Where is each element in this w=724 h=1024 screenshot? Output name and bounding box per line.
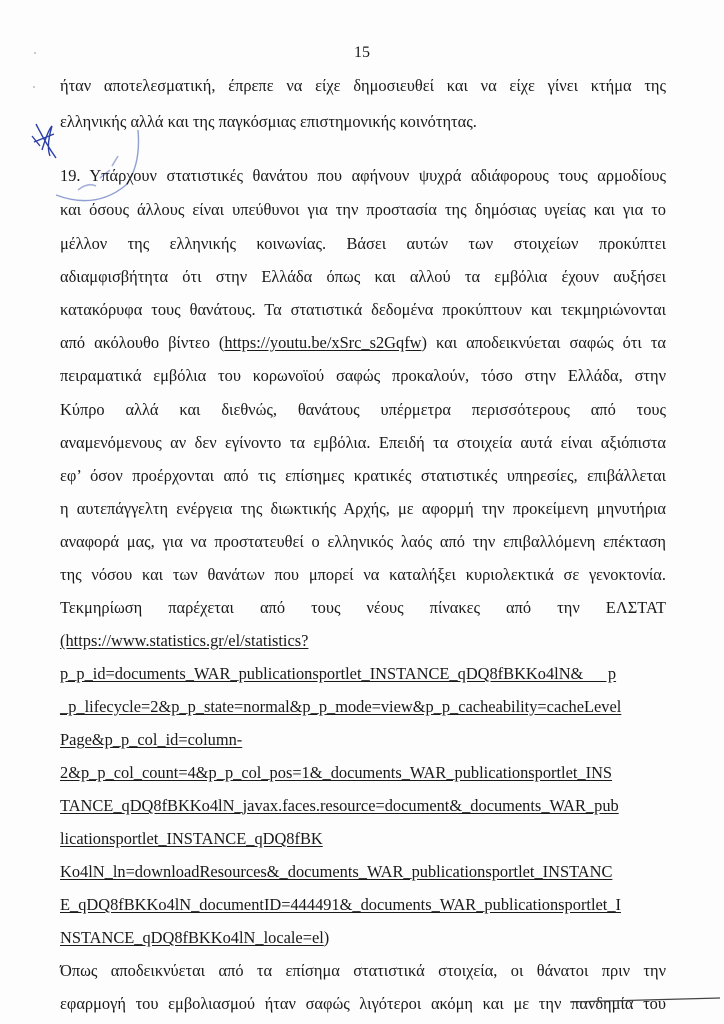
body-line: αναφορά μας, για να προστατευθεί ο ελλην… [60, 532, 666, 552]
body-line: Τεκμηρίωση παρέχεται από τους νέους πίνα… [60, 598, 666, 618]
video-line-suffix: ) και αποδεικνύεται σαφώς ότι τα [422, 333, 666, 352]
body-line: κατακόρυφα τους θανάτους. Τα στατιστικά … [60, 300, 666, 320]
elstat-link-line[interactable]: _p_lifecycle=2&p_p_state=normal&p_p_mode… [60, 697, 666, 717]
body-line-with-video-link: από ακόλουθο βίντεο (https://youtu.be/xS… [60, 333, 666, 353]
page-number: 15 [0, 44, 724, 62]
body-line: εφ’ όσον προέρχονται από τις επίσημες κρ… [60, 466, 666, 486]
elstat-link[interactable]: _p_lifecycle=2&p_p_state=normal&p_p_mode… [60, 697, 621, 716]
body-line: μέλλον της ελληνικής κοινωνίας. Βάσει αυ… [60, 234, 666, 254]
elstat-link-line[interactable]: Page&p_p_col_id=column- [60, 730, 666, 750]
elstat-link[interactable]: (https://www.statistics.gr/el/statistics… [60, 631, 308, 650]
elstat-link-close: ) [324, 928, 329, 947]
body-line: της νόσου και των θανάτων που μπορεί να … [60, 565, 666, 585]
elstat-link-line[interactable]: (https://www.statistics.gr/el/statistics… [60, 631, 666, 651]
body-line: Όπως αποδεικνύεται από τα επίσημα στατισ… [60, 961, 666, 981]
footer-rule [570, 996, 720, 1004]
elstat-link[interactable]: p_p_id=documents_WAR_publicationsportlet… [60, 664, 616, 683]
body-line: ήταν αποτελεσματική, έπρεπε να είχε δημο… [60, 76, 666, 96]
elstat-link-line[interactable]: 2&p_p_col_count=4&p_p_col_pos=1&_documen… [60, 763, 666, 783]
elstat-link[interactable]: TANCE_qDQ8fBKKo4lN_javax.faces.resource=… [60, 796, 619, 815]
scan-speck [33, 86, 35, 88]
elstat-link[interactable]: NSTANCE_qDQ8fBKKo4lN_locale=el [60, 928, 324, 947]
elstat-link-line[interactable]: TANCE_qDQ8fBKKo4lN_javax.faces.resource=… [60, 796, 666, 816]
elstat-link-line[interactable]: NSTANCE_qDQ8fBKKo4lN_locale=el) [60, 928, 666, 948]
elstat-link[interactable]: 2&p_p_col_count=4&p_p_col_pos=1&_documen… [60, 763, 612, 782]
document-page: 15 ήταν αποτελεσματική, έπρεπε να είχε δ… [0, 0, 724, 1024]
body-line: αδιαμφισβήτητα ότι στην Ελλάδα όπως και … [60, 267, 666, 287]
elstat-link-line[interactable]: p_p_id=documents_WAR_publicationsportlet… [60, 664, 666, 684]
body-line: η αυτεπάγγελτη ενέργεια της διωκτικής Αρ… [60, 499, 666, 519]
video-line-prefix: από ακόλουθο βίντεο ( [60, 333, 224, 352]
body-line: πειραματικά εμβόλια του κορωνοϊού σαφώς … [60, 366, 666, 386]
body-line: ελληνικής αλλά και της παγκόσμιας επιστη… [60, 112, 666, 132]
paragraph-19-start: 19. Υπάρχουν στατιστικές θανάτου που αφή… [60, 166, 666, 186]
elstat-link[interactable]: licationsportlet_INSTANCE_qDQ8fBK [60, 829, 323, 848]
body-line: Κύπρο αλλά και διεθνώς, θανάτους υπέρμετ… [60, 400, 666, 420]
elstat-link-line[interactable]: licationsportlet_INSTANCE_qDQ8fBK [60, 829, 666, 849]
elstat-link[interactable]: Page&p_p_col_id=column- [60, 730, 242, 749]
body-line: και όσους άλλους είναι υπεύθυνοι για την… [60, 200, 666, 220]
youtube-video-link[interactable]: https://youtu.be/xSrc_s2Gqfw [224, 333, 421, 352]
body-line: αναμενόμενους αν δεν εγίνοντο τα εμβόλια… [60, 433, 666, 453]
elstat-link-line[interactable]: Ko4lN_ln=downloadResources&_documents_WA… [60, 862, 666, 882]
elstat-link[interactable]: Ko4lN_ln=downloadResources&_documents_WA… [60, 862, 612, 881]
elstat-link[interactable]: E_qDQ8fBKKo4lN_documentID=444491&_docume… [60, 895, 621, 914]
elstat-link-line[interactable]: E_qDQ8fBKKo4lN_documentID=444491&_docume… [60, 895, 666, 915]
